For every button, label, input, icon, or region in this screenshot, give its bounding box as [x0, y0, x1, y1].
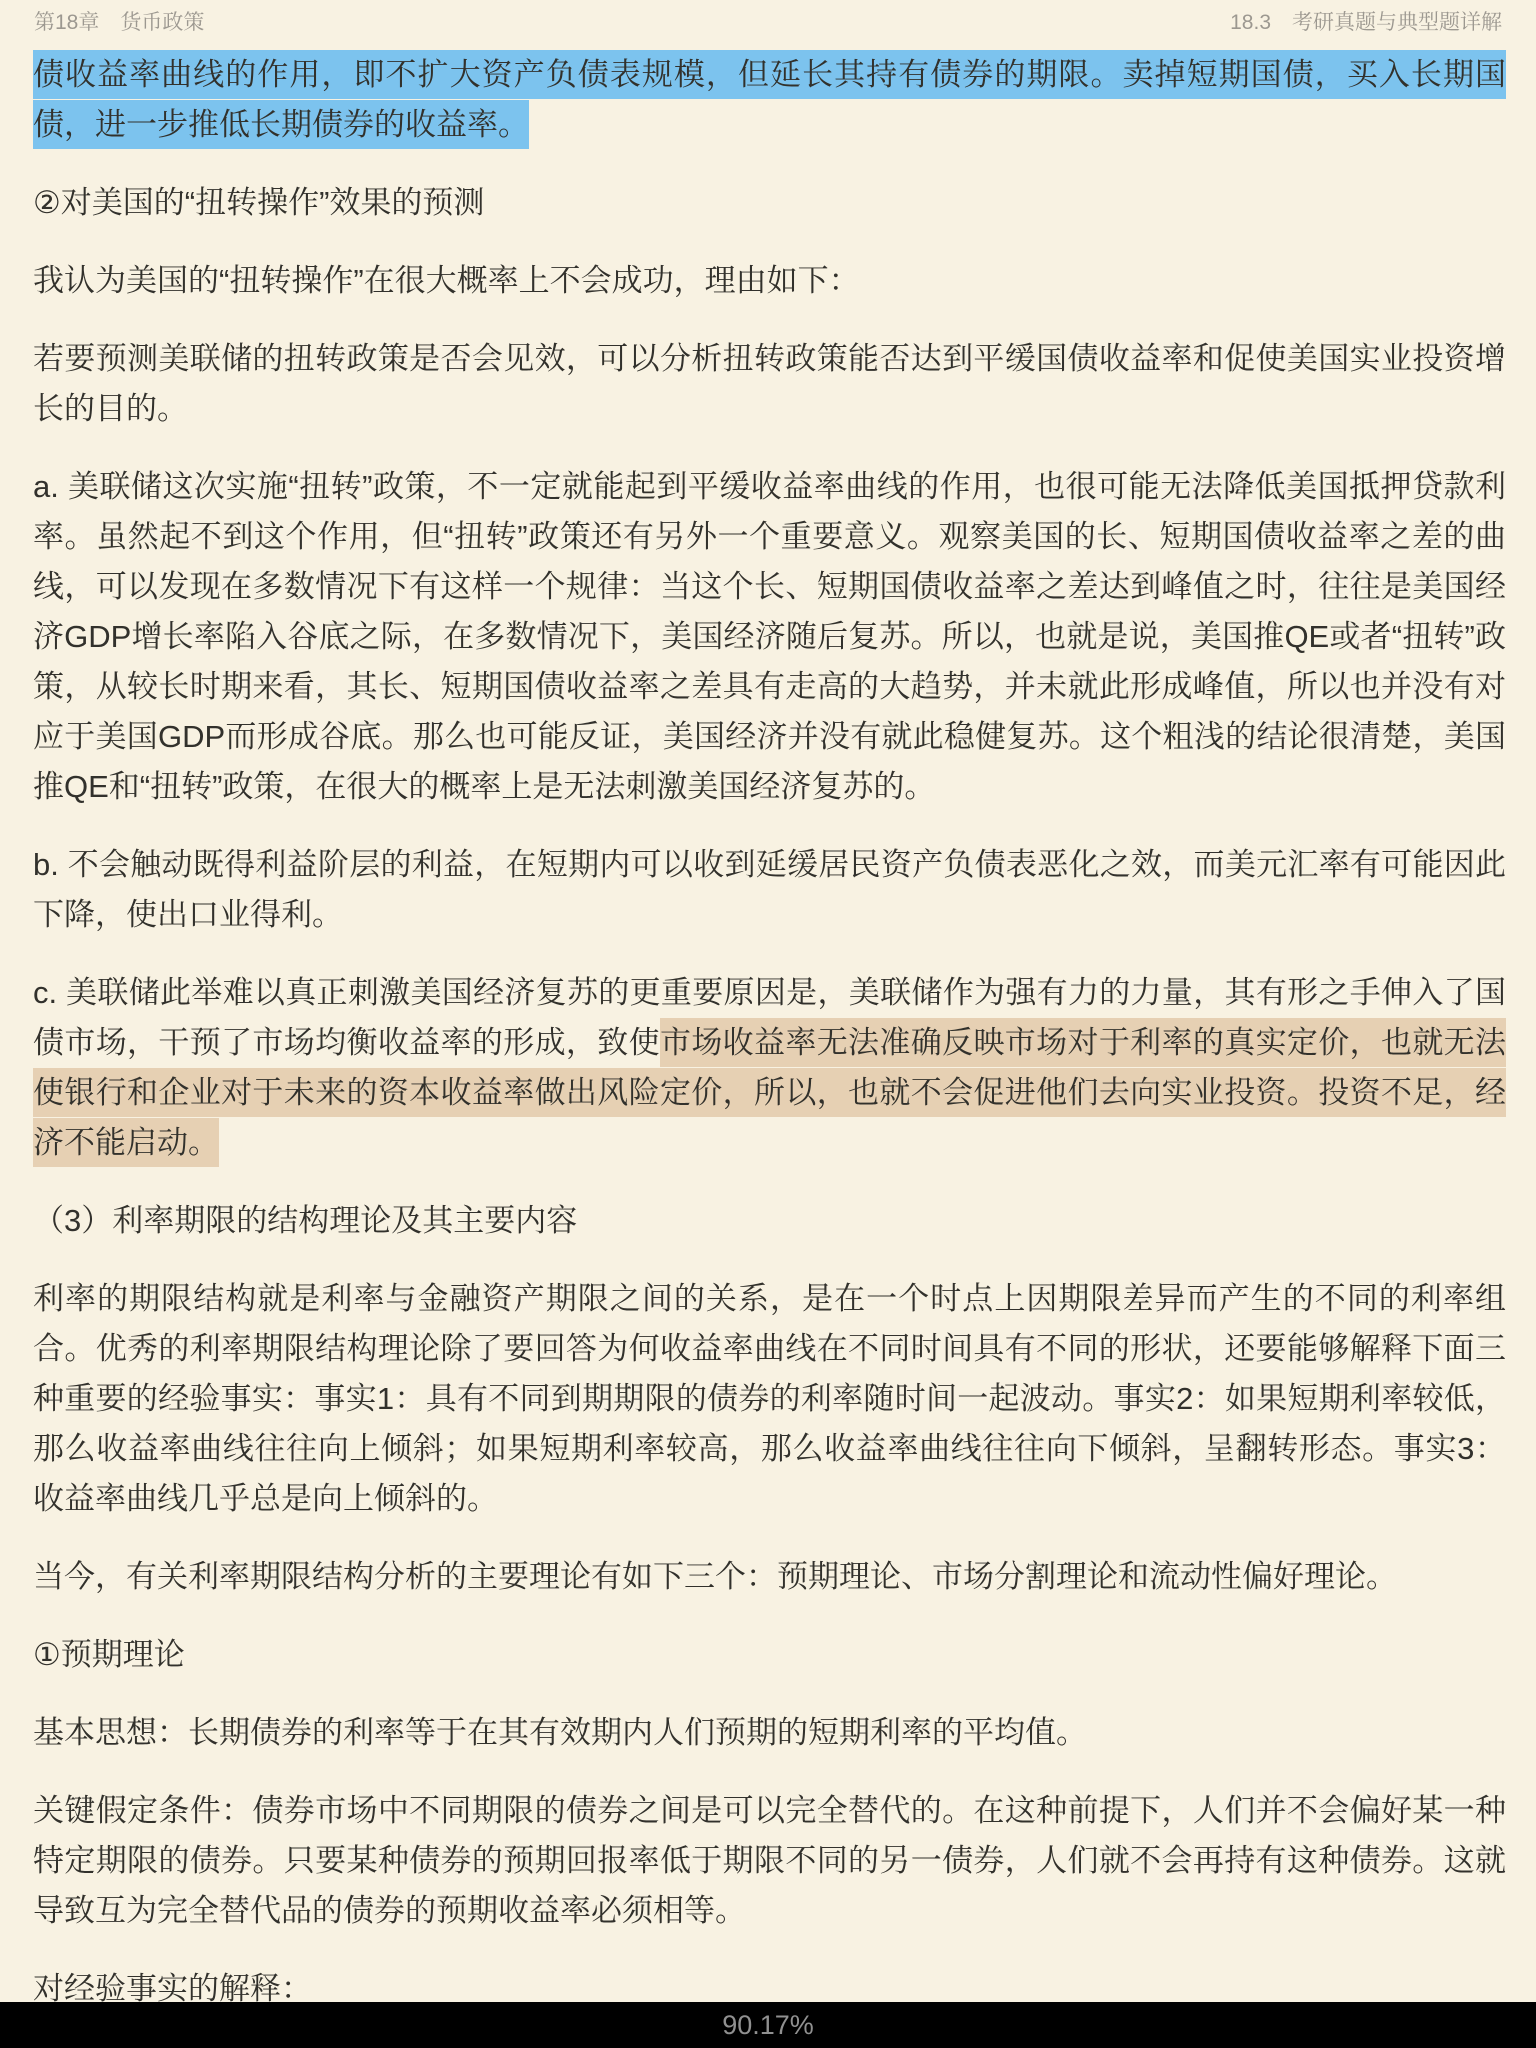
chapter-title: 第18章 货币政策: [34, 10, 204, 36]
paragraph-item-a: a. 美联储这次实施“扭转”政策，不一定就能起到平缓收益率曲线的作用，也很可能无…: [33, 462, 1506, 812]
blue-highlighted-text[interactable]: 债收益率曲线的作用，即不扩大资产负债表规模，但延长其持有债券的期限。卖掉短期国债…: [33, 50, 1506, 149]
paragraph: 关键假定条件：债券市场中不同期限的债券之间是可以完全替代的。在这种前提下，人们并…: [33, 1786, 1506, 1936]
reading-progress-bar: 90.17%: [0, 2002, 1536, 2048]
paragraph-continued: 债收益率曲线的作用，即不扩大资产负债表规模，但延长其持有债券的期限。卖掉短期国债…: [33, 50, 1506, 150]
paragraph-item-b: b. 不会触动既得利益阶层的利益，在短期内可以收到延缓居民资产负债表恶化之效，而…: [33, 840, 1506, 940]
paragraph: 当今，有关利率期限结构分析的主要理论有如下三个：预期理论、市场分割理论和流动性偏…: [33, 1552, 1506, 1602]
paragraph: 我认为美国的“扭转操作”在很大概率上不会成功，理由如下：: [33, 256, 1506, 306]
page-content: 债收益率曲线的作用，即不扩大资产负债表规模，但延长其持有债券的期限。卖掉短期国债…: [0, 36, 1536, 2014]
section-title: 18.3 考研真题与典型题详解: [1230, 10, 1502, 36]
subheading-expectation-theory: ①预期理论: [33, 1630, 1506, 1680]
paragraph: 基本思想：长期债券的利率等于在其有效期内人们预期的短期利率的平均值。: [33, 1708, 1506, 1758]
paragraph-item-c: c. 美联储此举难以真正刺激美国经济复苏的更重要原因是，美联储作为强有力的力量，…: [33, 968, 1506, 1168]
paragraph: 利率的期限结构就是利率与金融资产期限之间的关系，是在一个时点上因期限差异而产生的…: [33, 1274, 1506, 1524]
reader-page: 第18章 货币政策 18.3 考研真题与典型题详解 债收益率曲线的作用，即不扩大…: [0, 0, 1536, 2048]
subheading-item-3: （3）利率期限的结构理论及其主要内容: [33, 1196, 1506, 1246]
subheading-item-2: ②对美国的“扭转操作”效果的预测: [33, 178, 1506, 228]
paragraph: 若要预测美联储的扭转政策是否会见效，可以分析扭转政策能否达到平缓国债收益率和促使…: [33, 334, 1506, 434]
reader-header: 第18章 货币政策 18.3 考研真题与典型题详解: [0, 0, 1536, 36]
reading-progress-percent: 90.17%: [722, 2010, 814, 2041]
